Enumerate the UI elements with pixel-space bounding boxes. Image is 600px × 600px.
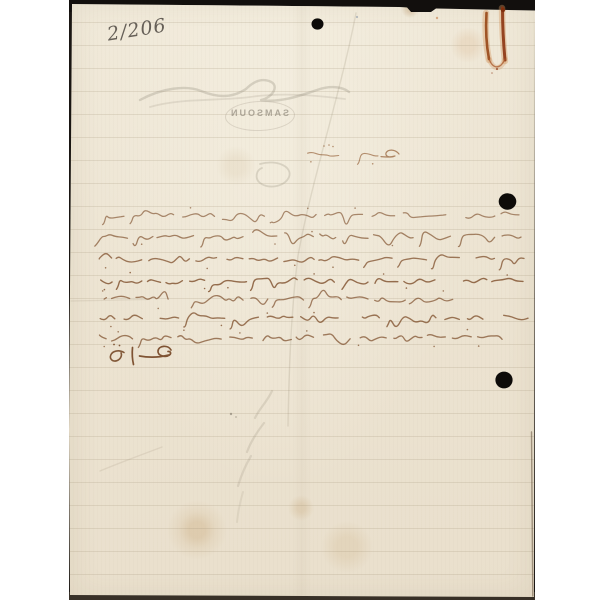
letterhead-city-mirrored: SAMSOUN — [227, 106, 291, 120]
scanned-letter-photo: SAMSOUN 2/206 — [0, 0, 600, 600]
letter-paper: SAMSOUN 2/206 — [69, 0, 535, 600]
ruled-lines — [69, 0, 535, 600]
photo-black-background: SAMSOUN 2/206 — [69, 0, 535, 600]
